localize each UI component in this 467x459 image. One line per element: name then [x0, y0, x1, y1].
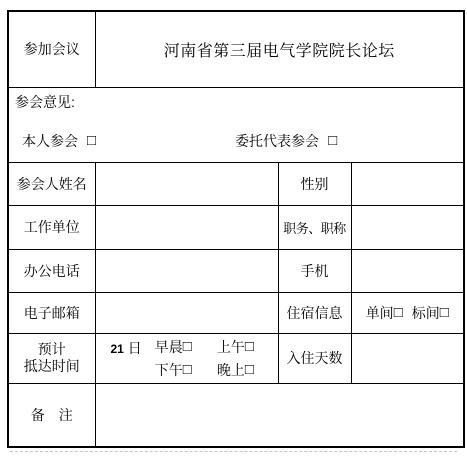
office-phone-label: 办公电话 — [8, 249, 95, 292]
arrival-morning-checkbox-icon[interactable]: □ — [183, 339, 192, 354]
conference-label: 参加会议 — [8, 11, 95, 87]
arrival-afternoon-checkbox-icon[interactable]: □ — [183, 362, 192, 377]
arrival-evening-label: 晚上 — [217, 360, 245, 380]
lodging-standard-option: 标间 □ — [412, 303, 449, 323]
lodging-standard-checkbox-icon[interactable]: □ — [440, 305, 449, 320]
delegate-attend-option: 委托代表参会 □ — [235, 131, 337, 151]
opinion-inner: 参会意见: 本人参会 □ 委托代表参会 □ — [9, 88, 463, 162]
lodging-single-option: 单间 □ — [366, 303, 403, 323]
employer-input-cell[interactable] — [95, 205, 278, 249]
delegate-attend-checkbox-icon[interactable]: □ — [328, 133, 337, 148]
remarks-label: 备 注 — [8, 383, 95, 447]
arrival-afternoon-option: 下午 □ — [155, 360, 192, 380]
arrival-afternoon-label: 下午 — [155, 360, 183, 380]
email-label: 电子邮箱 — [8, 292, 95, 333]
lodging-label: 住宿信息 — [278, 292, 351, 333]
arrival-row: 预计 抵达时间 21 日 早晨 □ 上午 □ — [8, 333, 464, 383]
employer-position-row: 工作单位 职务、职称 — [8, 205, 464, 249]
lodging-options: 单间 □ 标间 □ — [366, 303, 449, 323]
arrival-morning-label: 早晨 — [155, 337, 183, 357]
email-lodging-row: 电子邮箱 住宿信息 单间 □ 标间 □ — [8, 292, 464, 333]
arrival-time-grid: 早晨 □ 上午 □ 下午 □ 晚上 □ — [155, 337, 254, 380]
office-phone-input-cell[interactable] — [95, 249, 278, 292]
conference-row: 参加会议 河南省第三届电气学院院长论坛 — [8, 11, 464, 87]
self-attend-label: 本人参会 — [22, 131, 78, 151]
lodging-standard-label: 标间 — [412, 303, 440, 323]
mobile-label: 手机 — [278, 249, 351, 292]
arrival-forenoon-option: 上午 □ — [217, 337, 254, 357]
email-input-cell[interactable] — [95, 292, 278, 333]
opinion-row: 参会意见: 本人参会 □ 委托代表参会 □ — [8, 87, 464, 162]
position-input-cell[interactable] — [351, 205, 464, 249]
mobile-input-cell[interactable] — [351, 249, 464, 292]
arrival-day: 21 日 — [111, 337, 142, 358]
registration-form-table: 参加会议 河南省第三届电气学院院长论坛 参会意见: 本人参会 □ 委托代表参会 … — [7, 10, 465, 448]
delegate-attend-label: 委托代表参会 — [235, 131, 319, 151]
arrival-day-unit: 日 — [128, 340, 142, 356]
self-attend-checkbox-icon[interactable]: □ — [87, 133, 96, 148]
registration-form-page: 参加会议 河南省第三届电气学院院长论坛 参会意见: 本人参会 □ 委托代表参会 … — [0, 0, 467, 459]
remarks-input-cell[interactable] — [95, 383, 464, 447]
name-gender-row: 参会人姓名 性别 — [8, 162, 464, 205]
scan-shadow-line — [10, 451, 457, 452]
arrival-forenoon-checkbox-icon[interactable]: □ — [245, 339, 254, 354]
opinion-options: 本人参会 □ 委托代表参会 □ — [15, 131, 457, 151]
opinion-cell: 参会意见: 本人参会 □ 委托代表参会 □ — [8, 87, 464, 162]
stay-days-label: 入住天数 — [278, 333, 351, 383]
arrival-label: 预计 抵达时间 — [8, 333, 95, 383]
stay-days-input-cell[interactable] — [351, 333, 464, 383]
lodging-single-label: 单间 — [366, 303, 394, 323]
remarks-row: 备 注 — [8, 383, 464, 447]
name-input-cell[interactable] — [95, 162, 278, 205]
opinion-heading: 参会意见: — [15, 92, 457, 112]
position-label: 职务、职称 — [278, 205, 351, 249]
arrival-morning-option: 早晨 □ — [155, 337, 192, 357]
arrival-options: 21 日 早晨 □ 上午 □ 下午 □ — [96, 337, 278, 380]
self-attend-option: 本人参会 □ — [22, 131, 96, 151]
gender-input-cell[interactable] — [351, 162, 464, 205]
arrival-label-line1: 预计 — [9, 341, 95, 359]
conference-title: 河南省第三届电气学院院长论坛 — [95, 11, 464, 87]
gender-label: 性别 — [278, 162, 351, 205]
employer-label: 工作单位 — [8, 205, 95, 249]
arrival-label-line2: 抵达时间 — [9, 358, 95, 376]
lodging-single-checkbox-icon[interactable]: □ — [394, 305, 403, 320]
arrival-day-number: 21 — [111, 342, 124, 356]
arrival-evening-option: 晚上 □ — [217, 360, 254, 380]
arrival-forenoon-label: 上午 — [217, 337, 245, 357]
name-label: 参会人姓名 — [8, 162, 95, 205]
arrival-options-cell: 21 日 早晨 □ 上午 □ 下午 □ — [95, 333, 278, 383]
phone-row: 办公电话 手机 — [8, 249, 464, 292]
lodging-options-cell: 单间 □ 标间 □ — [351, 292, 464, 333]
arrival-evening-checkbox-icon[interactable]: □ — [245, 362, 254, 377]
